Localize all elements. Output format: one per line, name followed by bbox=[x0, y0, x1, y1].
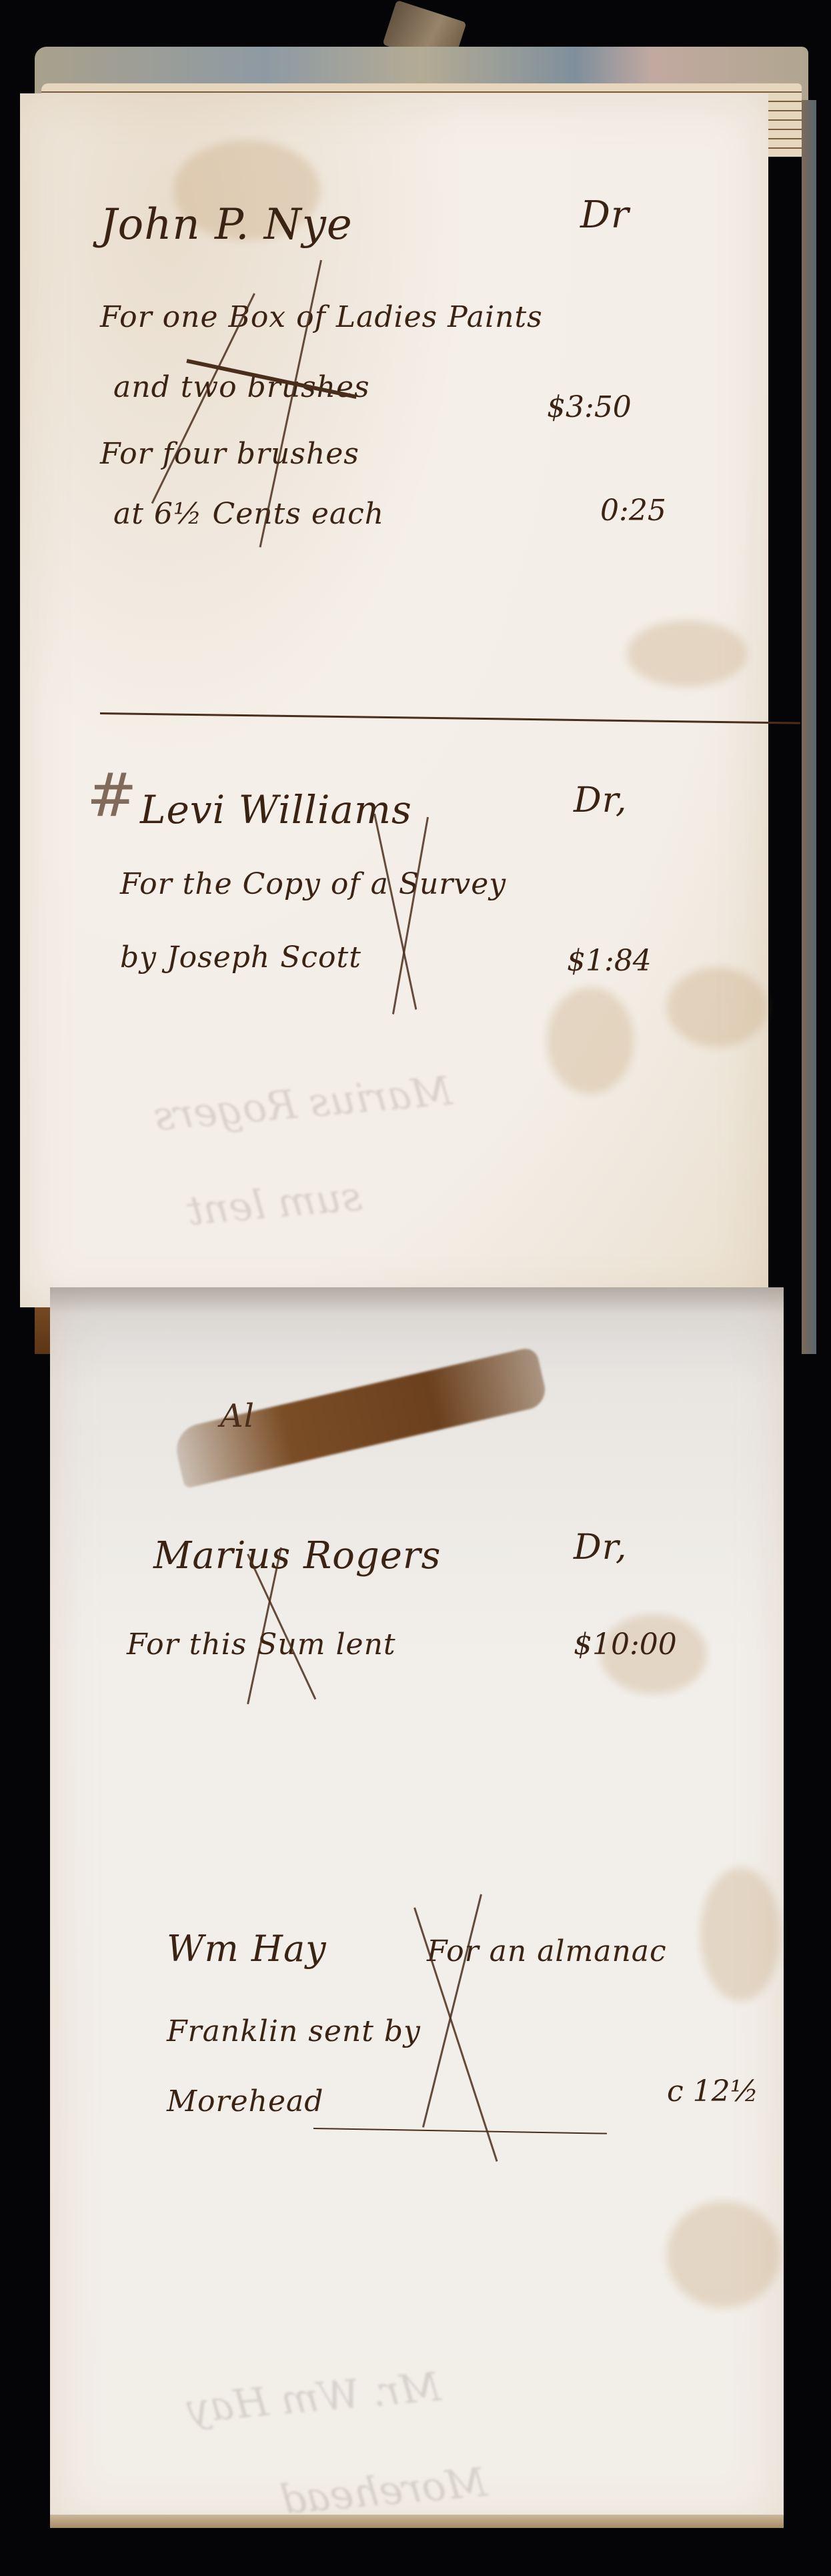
entry-line: For one Box of Ladies Paints bbox=[100, 300, 543, 334]
stain bbox=[700, 1868, 780, 2001]
entry-amount: $1:84 bbox=[567, 944, 652, 978]
dr-label: Dr, bbox=[574, 780, 627, 820]
entry-amount: $10:00 bbox=[574, 1628, 677, 1662]
entry-amount: 0:25 bbox=[600, 494, 666, 528]
stain bbox=[547, 987, 634, 1094]
book-bottom-edge bbox=[50, 2515, 784, 2528]
entry-line: and two brushes bbox=[113, 370, 370, 404]
debtor-name: Levi Williams bbox=[140, 787, 412, 832]
cover-edge-right bbox=[802, 100, 816, 1354]
entry-line: by Joseph Scott bbox=[120, 940, 361, 975]
entry-line: Franklin sent by bbox=[167, 2014, 421, 2048]
stain bbox=[627, 620, 747, 687]
dr-label: Dr bbox=[580, 193, 630, 237]
margin-mark: # bbox=[87, 760, 137, 830]
entry-line: at 6½ Cents each bbox=[113, 497, 384, 531]
page-fold bbox=[50, 1287, 784, 1314]
dr-label: Dr, bbox=[574, 1527, 627, 1567]
entry-amount: $3:50 bbox=[547, 390, 632, 424]
entry-line: For the Copy of a Survey bbox=[120, 867, 506, 901]
top-page bbox=[20, 93, 768, 1307]
smear-mark: Al bbox=[220, 1397, 255, 1435]
entry-amount: c 12½ bbox=[667, 2074, 758, 2108]
debtor-name: John P. Nye bbox=[100, 200, 353, 249]
entry-line: Morehead bbox=[167, 2084, 323, 2118]
debtor-name: Wm Hay bbox=[167, 1928, 327, 1970]
bottom-page bbox=[50, 1287, 784, 2528]
entry-line: For four brushes bbox=[100, 437, 359, 471]
stain bbox=[667, 967, 767, 1047]
debtor-name: Marius Rogers bbox=[153, 1534, 441, 1577]
stain bbox=[667, 2201, 780, 2308]
